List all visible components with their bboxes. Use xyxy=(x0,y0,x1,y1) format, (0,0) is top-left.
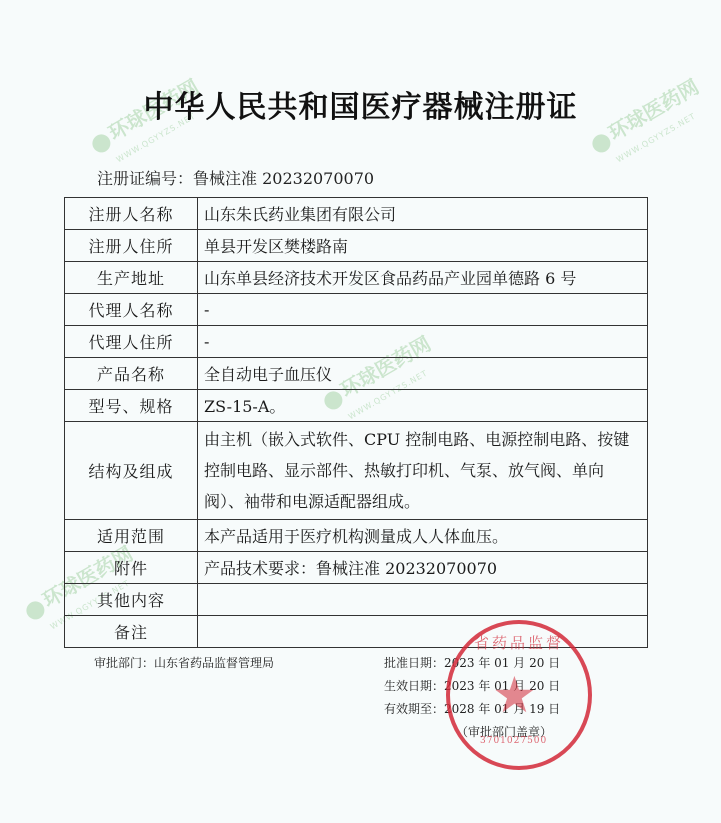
date-block: 批准日期：2023 年 01 月 20 日 生效日期：2023 年 01 月 2… xyxy=(384,654,560,746)
row-value: 产品技术要求：鲁械注准 20232070070 xyxy=(198,552,648,584)
row-value: 全自动电子血压仪 xyxy=(198,358,648,390)
row-label: 生产地址 xyxy=(65,262,198,294)
row-value xyxy=(198,584,648,616)
row-value: - xyxy=(198,294,648,326)
table-row: 附件 产品技术要求：鲁械注准 20232070070 xyxy=(65,552,648,584)
row-value: 山东朱氏药业集团有限公司 xyxy=(198,198,648,230)
row-value: - xyxy=(198,326,648,358)
registration-table: 注册人名称 山东朱氏药业集团有限公司 注册人住所 单县开发区樊楼路南 生产地址 … xyxy=(64,197,648,648)
table-row: 注册人住所 单县开发区樊楼路南 xyxy=(65,230,648,262)
table-row: 生产地址 山东单县经济技术开发区食品药品产业园单德路 6 号 xyxy=(65,262,648,294)
table-row: 型号、规格 ZS-15-A。 xyxy=(65,390,648,422)
row-value: 由主机（嵌入式软件、CPU 控制电路、电源控制电路、按键控制电路、显示部件、热敏… xyxy=(198,422,648,520)
row-label: 其他内容 xyxy=(65,584,198,616)
row-value xyxy=(198,616,648,648)
row-value: 本产品适用于医疗机构测量成人人体血压。 xyxy=(198,520,648,552)
table-row: 其他内容 xyxy=(65,584,648,616)
row-label: 附件 xyxy=(65,552,198,584)
row-label: 结构及组成 xyxy=(65,422,198,520)
row-label: 注册人住所 xyxy=(65,230,198,262)
globe-icon xyxy=(89,131,114,156)
table-row: 适用范围 本产品适用于医疗机构测量成人人体血压。 xyxy=(65,520,648,552)
table-row: 结构及组成 由主机（嵌入式软件、CPU 控制电路、电源控制电路、按键控制电路、显… xyxy=(65,422,648,520)
approval-date: 批准日期：2023 年 01 月 20 日 xyxy=(384,654,560,677)
effective-date: 生效日期：2023 年 01 月 20 日 xyxy=(384,677,560,700)
document-title: 中华人民共和国医疗器械注册证 xyxy=(0,82,721,126)
approval-department: 审批部门：山东省药品监督管理局 xyxy=(94,654,274,671)
row-label: 备注 xyxy=(65,616,198,648)
registration-number-value: 鲁械注准 20232070070 xyxy=(193,169,374,188)
table-row: 代理人住所 - xyxy=(65,326,648,358)
row-label: 适用范围 xyxy=(65,520,198,552)
row-label: 产品名称 xyxy=(65,358,198,390)
globe-icon xyxy=(23,598,48,623)
table-row: 代理人名称 - xyxy=(65,294,648,326)
registration-number: 注册证编号：鲁械注准 20232070070 xyxy=(97,166,374,189)
row-label: 注册人名称 xyxy=(65,198,198,230)
row-value: 山东单县经济技术开发区食品药品产业园单德路 6 号 xyxy=(198,262,648,294)
stamp-note: （审批部门盖章） xyxy=(384,723,560,746)
registration-number-label: 注册证编号： xyxy=(97,169,193,188)
table-row: 备注 xyxy=(65,616,648,648)
globe-icon xyxy=(589,131,614,156)
row-label: 代理人住所 xyxy=(65,326,198,358)
row-label: 代理人名称 xyxy=(65,294,198,326)
row-label: 型号、规格 xyxy=(65,390,198,422)
table-row: 注册人名称 山东朱氏药业集团有限公司 xyxy=(65,198,648,230)
row-value: ZS-15-A。 xyxy=(198,390,648,422)
valid-until-date: 有效期至：2028 年 01 月 19 日 xyxy=(384,700,560,723)
table-row: 产品名称 全自动电子血压仪 xyxy=(65,358,648,390)
row-value: 单县开发区樊楼路南 xyxy=(198,230,648,262)
